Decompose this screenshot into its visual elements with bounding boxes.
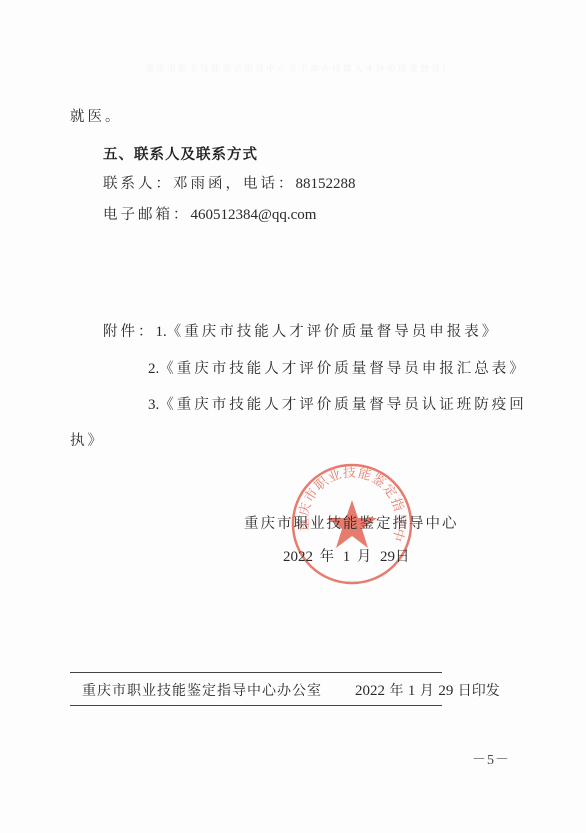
footer-bottom-rule [70, 705, 442, 706]
date-month-unit: 月 [357, 549, 374, 565]
attachment-item-2: 2.《重庆市技能人才评价质量督导员申报汇总表》 [148, 359, 527, 379]
attachment-number: 2. [148, 361, 159, 377]
signature-date: 2022 年 1 月 29日 [283, 547, 411, 567]
footer-month-unit: 月 [420, 683, 434, 699]
footer-year: 2022 [355, 683, 385, 699]
date-year: 2022 [283, 549, 313, 565]
document-page: 重庆市职业技能鉴定指导中心关于举办技能人才评价质量督导员认证班的通知 就医。 五… [0, 0, 586, 833]
attachment-number: 1. [156, 324, 167, 340]
footer-month: 1 [408, 683, 416, 699]
attachment-item-3: 3.《重庆市技能人才评价质量督导员认证班防疫回 [148, 395, 527, 415]
date-day: 29 [380, 549, 395, 565]
date-month: 1 [343, 549, 351, 565]
faint-header-text: 重庆市职业技能鉴定指导中心关于举办技能人才评价质量督导员认证班的通知 [145, 62, 445, 72]
email-address[interactable]: 460512384@qq.com [191, 207, 317, 223]
attachment-title: 《重庆市技能人才评价质量督导员申报表》 [167, 324, 500, 340]
contact-phone: 88152288 [296, 176, 356, 192]
contact-label: 联系人：邓雨函，电话： [103, 176, 296, 192]
footer-year-unit: 年 [389, 683, 403, 699]
date-year-unit: 年 [320, 549, 337, 565]
email-label: 电子邮箱： [103, 207, 191, 223]
attachment-number: 3. [148, 397, 159, 413]
date-day-unit: 日 [395, 549, 412, 565]
signature-org: 重庆市职业技能鉴定指导中心 [244, 514, 459, 534]
attachments-label: 附件： [103, 324, 156, 340]
attachment-item-1: 附件：1.《重庆市技能人才评价质量督导员申报表》 [103, 322, 499, 342]
attachment-title: 《重庆市技能人才评价质量督导员申报汇总表》 [159, 361, 527, 377]
attachment-item-3-continuation: 执》 [70, 431, 105, 451]
contact-line: 联系人：邓雨函，电话：88152288 [103, 174, 356, 194]
footer-issuer: 重庆市职业技能鉴定指导中心办公室 [82, 681, 322, 701]
footer-top-rule [70, 672, 442, 673]
attachment-title: 《重庆市技能人才评价质量督导员认证班防疫回 [159, 397, 527, 413]
footer-issue-date: 2022 年 1 月 29 日印发 [355, 681, 500, 701]
section-heading-contacts: 五、联系人及联系方式 [103, 145, 258, 165]
page-number: －5－ [472, 749, 510, 769]
footer-day-unit: 日印发 [458, 683, 500, 699]
email-line: 电子邮箱：460512384@qq.com [103, 205, 316, 225]
paragraph-end: 就医。 [70, 107, 123, 127]
footer-day: 29 [438, 683, 453, 699]
